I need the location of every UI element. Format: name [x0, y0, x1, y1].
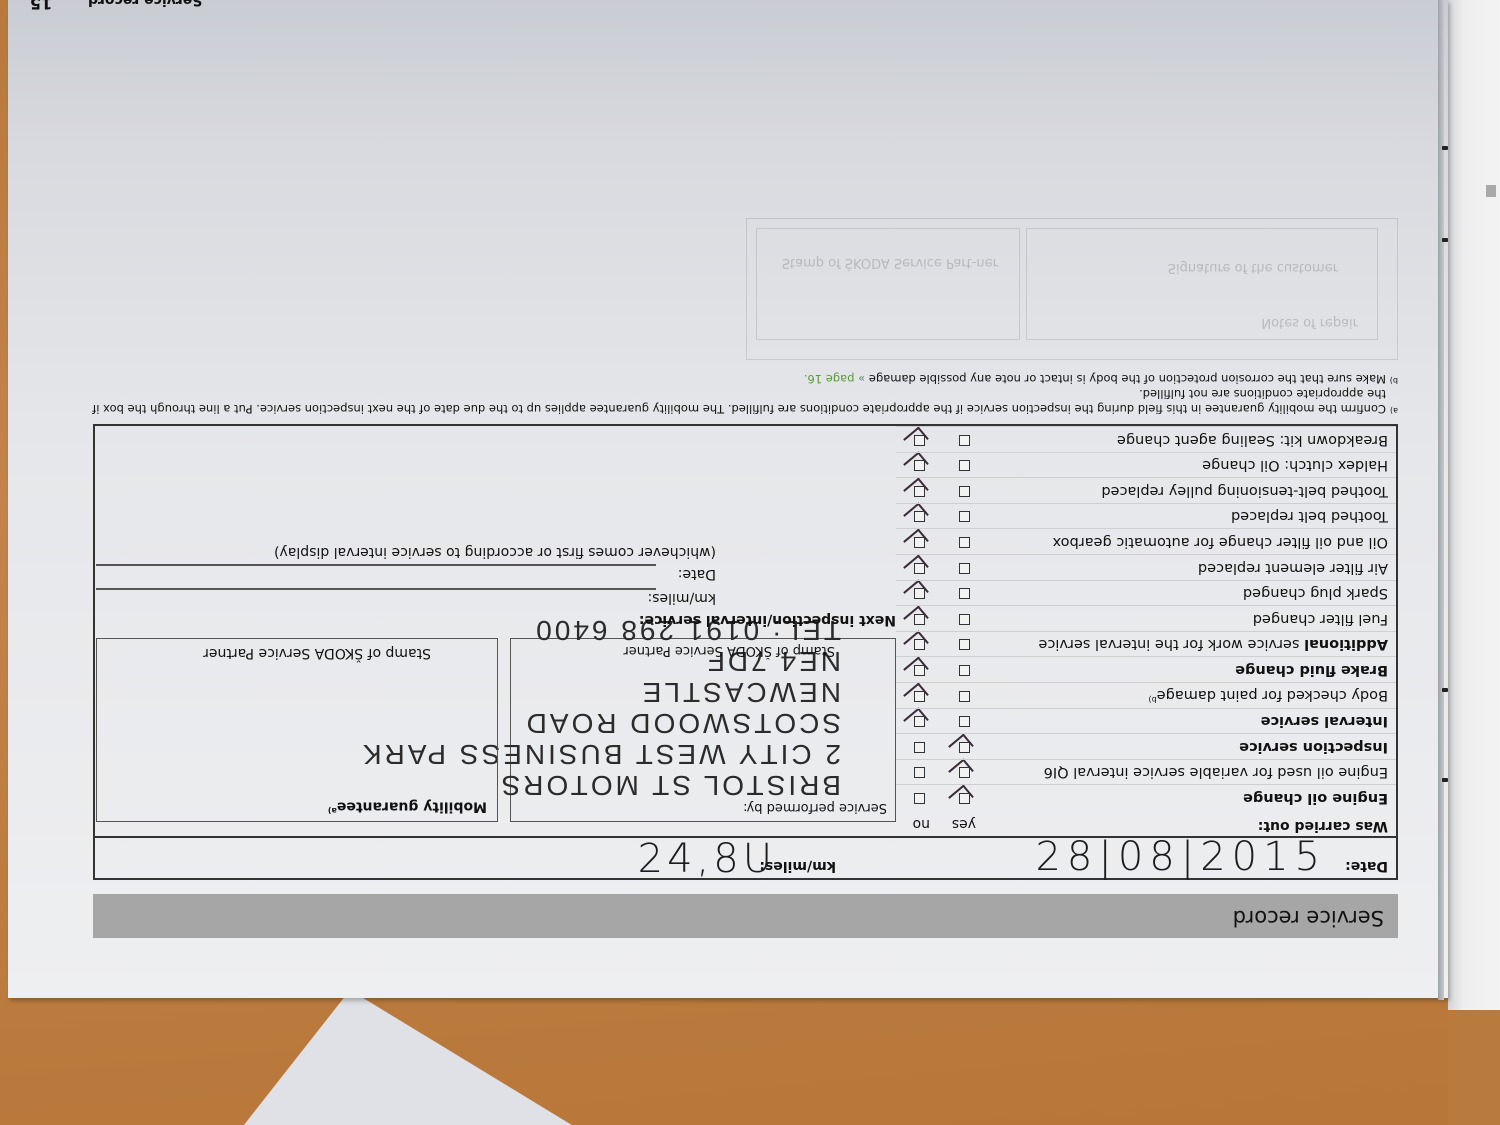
check-mark-icon: [903, 708, 929, 733]
checkbox-no[interactable]: [914, 665, 925, 676]
row-divider: [896, 784, 1396, 785]
section-header: Service record: [93, 894, 1398, 938]
checkbox-yes[interactable]: [959, 588, 970, 599]
row-divider: [896, 528, 1396, 529]
checklist-item-label: Body checked for paint damageb): [1149, 687, 1388, 704]
stamp-line: 2 CITY WEST BUSINESS PARK: [481, 739, 841, 770]
row-divider: [896, 631, 1396, 632]
footnotes: a) Confirm the mobility guarantee in thi…: [78, 371, 1398, 416]
opposite-page-edge: [1448, 0, 1500, 1125]
stamp-line: NEWCASTLE: [481, 677, 841, 708]
service-record-form: Service record Date: 28|08|2015 km/miles…: [48, 0, 1398, 1000]
footnote-b-text: Make sure that the corrosion protection …: [869, 372, 1386, 386]
check-mark-icon: [903, 580, 929, 605]
checkbox-no[interactable]: [914, 435, 925, 446]
stamp-caption: Stamp of ŠKODA Service Partner: [623, 643, 835, 658]
check-mark-icon: [948, 733, 974, 758]
next-inspection-heading: Next inspection/interval service:: [639, 612, 896, 628]
row-divider: [896, 605, 1396, 606]
checkbox-yes[interactable]: [959, 537, 970, 548]
row-divider: [896, 759, 1396, 760]
bleed-through-next-page: Signature of the customer Stamp of ŠKODA…: [68, 220, 1398, 370]
service-performed-caption: Service performed by:: [743, 800, 887, 815]
check-mark-icon: [903, 477, 929, 502]
check-mark-icon: [903, 682, 929, 707]
checkbox-yes[interactable]: [959, 639, 970, 650]
next-km-label: km/miles:: [647, 590, 716, 606]
checklist-row: Haldex clutch: Oil change: [696, 451, 1396, 477]
next-km-field[interactable]: [96, 589, 656, 591]
row-divider: [896, 708, 1396, 709]
check-mark-icon: [903, 528, 929, 553]
page-title: Service record: [1233, 906, 1384, 930]
row-divider: [896, 656, 1396, 657]
checklist-item-label: Fuel filter changed: [1253, 611, 1388, 627]
next-inspection-note: (whichever comes first or according to s…: [274, 544, 716, 560]
checkbox-yes[interactable]: [959, 793, 970, 804]
checkbox-no[interactable]: [914, 793, 925, 804]
check-mark-icon: [903, 554, 929, 579]
checkbox-yes[interactable]: [959, 716, 970, 727]
row-divider: [896, 733, 1396, 734]
staple: [1442, 146, 1448, 150]
footnote-b: b) Make sure that the corrosion protecti…: [78, 371, 1398, 386]
row-divider: [896, 426, 1396, 427]
checkbox-yes[interactable]: [959, 742, 970, 753]
checklist-item-label: Haldex clutch: Oil change: [1202, 457, 1388, 473]
checkbox-yes[interactable]: [959, 460, 970, 471]
checkbox-no[interactable]: [914, 588, 925, 599]
service-performed-box: Service performed by: BRISTOL ST MOTORS2…: [510, 638, 896, 822]
row-divider: [896, 503, 1396, 504]
mobility-guarantee-box: Mobility guaranteea) Stamp of ŠKODA Serv…: [96, 638, 498, 822]
checkbox-yes[interactable]: [959, 691, 970, 702]
row-divider: [896, 580, 1396, 581]
stamp-line: BRISTOL ST MOTORS: [481, 770, 841, 801]
next-date-label: Date:: [678, 566, 716, 582]
km-value[interactable]: 24,8U: [638, 836, 776, 882]
check-mark-icon: [903, 503, 929, 528]
checkbox-no[interactable]: [914, 537, 925, 548]
ghost-box-3: [756, 228, 1020, 340]
checkbox-yes[interactable]: [959, 435, 970, 446]
mobility-caption: Mobility guaranteea): [328, 798, 487, 815]
row-divider: [896, 554, 1396, 555]
ghost-text-3: Notes of repair: [1261, 315, 1358, 330]
checklist-item-label: Engine oil change: [1243, 790, 1388, 806]
check-mark-icon: [903, 656, 929, 681]
checklist-item-label: Toothed belt replaced: [1231, 508, 1388, 524]
check-mark-icon: [948, 784, 974, 809]
checklist-item-label: Inspection service: [1239, 739, 1388, 755]
footnote-b-mark: b): [1390, 373, 1398, 388]
checklist-item-label: Breakdown kit: Sealing agent change: [1117, 432, 1388, 448]
checkbox-no[interactable]: [914, 563, 925, 574]
checklist-item-label: Air filter element replaced: [1198, 560, 1388, 576]
next-date-field[interactable]: [96, 565, 656, 567]
checkbox-no[interactable]: [914, 767, 925, 778]
check-mark-icon: [903, 426, 929, 451]
checkbox-yes[interactable]: [959, 614, 970, 625]
check-mark-icon: [948, 759, 974, 784]
checklist-item-label: Engine oil used for variable service int…: [1044, 764, 1388, 780]
no-column-label: no: [913, 816, 930, 832]
checklist-row: Air filter element replaced: [696, 554, 1396, 580]
checkbox-no[interactable]: [914, 716, 925, 727]
date-value[interactable]: 28|08|2015: [1035, 834, 1326, 880]
staple: [1442, 238, 1448, 242]
checklist-row: Breakdown kit: Sealing agent change: [696, 426, 1396, 452]
footnote-a: a) Confirm the mobility guarantee in thi…: [78, 386, 1398, 416]
checkbox-no[interactable]: [914, 511, 925, 522]
checkbox-yes[interactable]: [959, 511, 970, 522]
checkbox-yes[interactable]: [959, 767, 970, 778]
checkbox-no[interactable]: [914, 486, 925, 497]
checkbox-no[interactable]: [914, 614, 925, 625]
checklist-row: Spark plug changed: [696, 579, 1396, 605]
checklist-item-label: Toothed belt-tensioning pulley replaced: [1101, 483, 1388, 499]
check-mark-icon: [903, 605, 929, 630]
row-divider: [896, 682, 1396, 683]
yes-column-label: yes: [952, 816, 976, 832]
staple: [1442, 778, 1448, 782]
checkbox-yes[interactable]: [959, 665, 970, 676]
footnote-a-mark: a): [1390, 403, 1398, 418]
checklist-item-label: Brake fluid change: [1235, 662, 1388, 678]
mobility-stamp-caption: Stamp of ŠKODA Service Partner: [203, 645, 431, 661]
checklist-item-label: Interval service: [1261, 713, 1388, 729]
row-divider: [896, 452, 1396, 453]
page-tab-marker: [1486, 185, 1496, 197]
table-surface: [1448, 1010, 1500, 1125]
footnote-mark: b): [1149, 695, 1157, 704]
booklet-spine: [1438, 0, 1444, 1000]
checkbox-yes[interactable]: [959, 486, 970, 497]
ghost-text-2: Stamp of ŠKODA Service Part-ner: [782, 255, 998, 270]
row-divider: [896, 477, 1396, 478]
page-16-link[interactable]: » page 16.: [804, 372, 865, 386]
stamp-line: SCOTSWOOD ROAD: [481, 708, 841, 739]
checklist-row: Toothed belt-tensioning pulley replaced: [696, 477, 1396, 503]
checklist-row: Oil and oil filter change for automatic …: [696, 528, 1396, 554]
folded-paper-sheet: [240, 990, 580, 1125]
service-entry-box: Date: 28|08|2015 km/miles: 24,8U Was car…: [93, 424, 1398, 880]
date-label: Date:: [1345, 858, 1388, 874]
checkbox-no[interactable]: [914, 742, 925, 753]
check-mark-icon: [903, 452, 929, 477]
ghost-text-1: Signature of the customer: [1168, 260, 1338, 275]
checkbox-no[interactable]: [914, 691, 925, 702]
checkbox-no[interactable]: [914, 639, 925, 650]
checklist-item-label: Oil and oil filter change for automatic …: [1053, 534, 1388, 550]
checklist-row: Toothed belt replaced: [696, 502, 1396, 528]
footnote-mark: a): [328, 806, 337, 815]
date-mileage-row: Date: 28|08|2015 km/miles: 24,8U: [95, 836, 1396, 878]
checkbox-no[interactable]: [914, 460, 925, 471]
mobility-caption-text: Mobility guarantee: [337, 798, 487, 814]
service-booklet-page: 15 Service record Service record Date: 2…: [8, 0, 1448, 998]
checklist-item-label: Spark plug changed: [1243, 585, 1388, 601]
checklist-item-label: Additional service work for the interval…: [1038, 636, 1388, 652]
checklist-heading: Was carried out:: [1258, 818, 1388, 834]
checkbox-yes[interactable]: [959, 563, 970, 574]
check-mark-icon: [903, 631, 929, 656]
footnote-a-text: Confirm the mobility guarantee in this f…: [92, 387, 1386, 416]
staple: [1442, 688, 1448, 692]
